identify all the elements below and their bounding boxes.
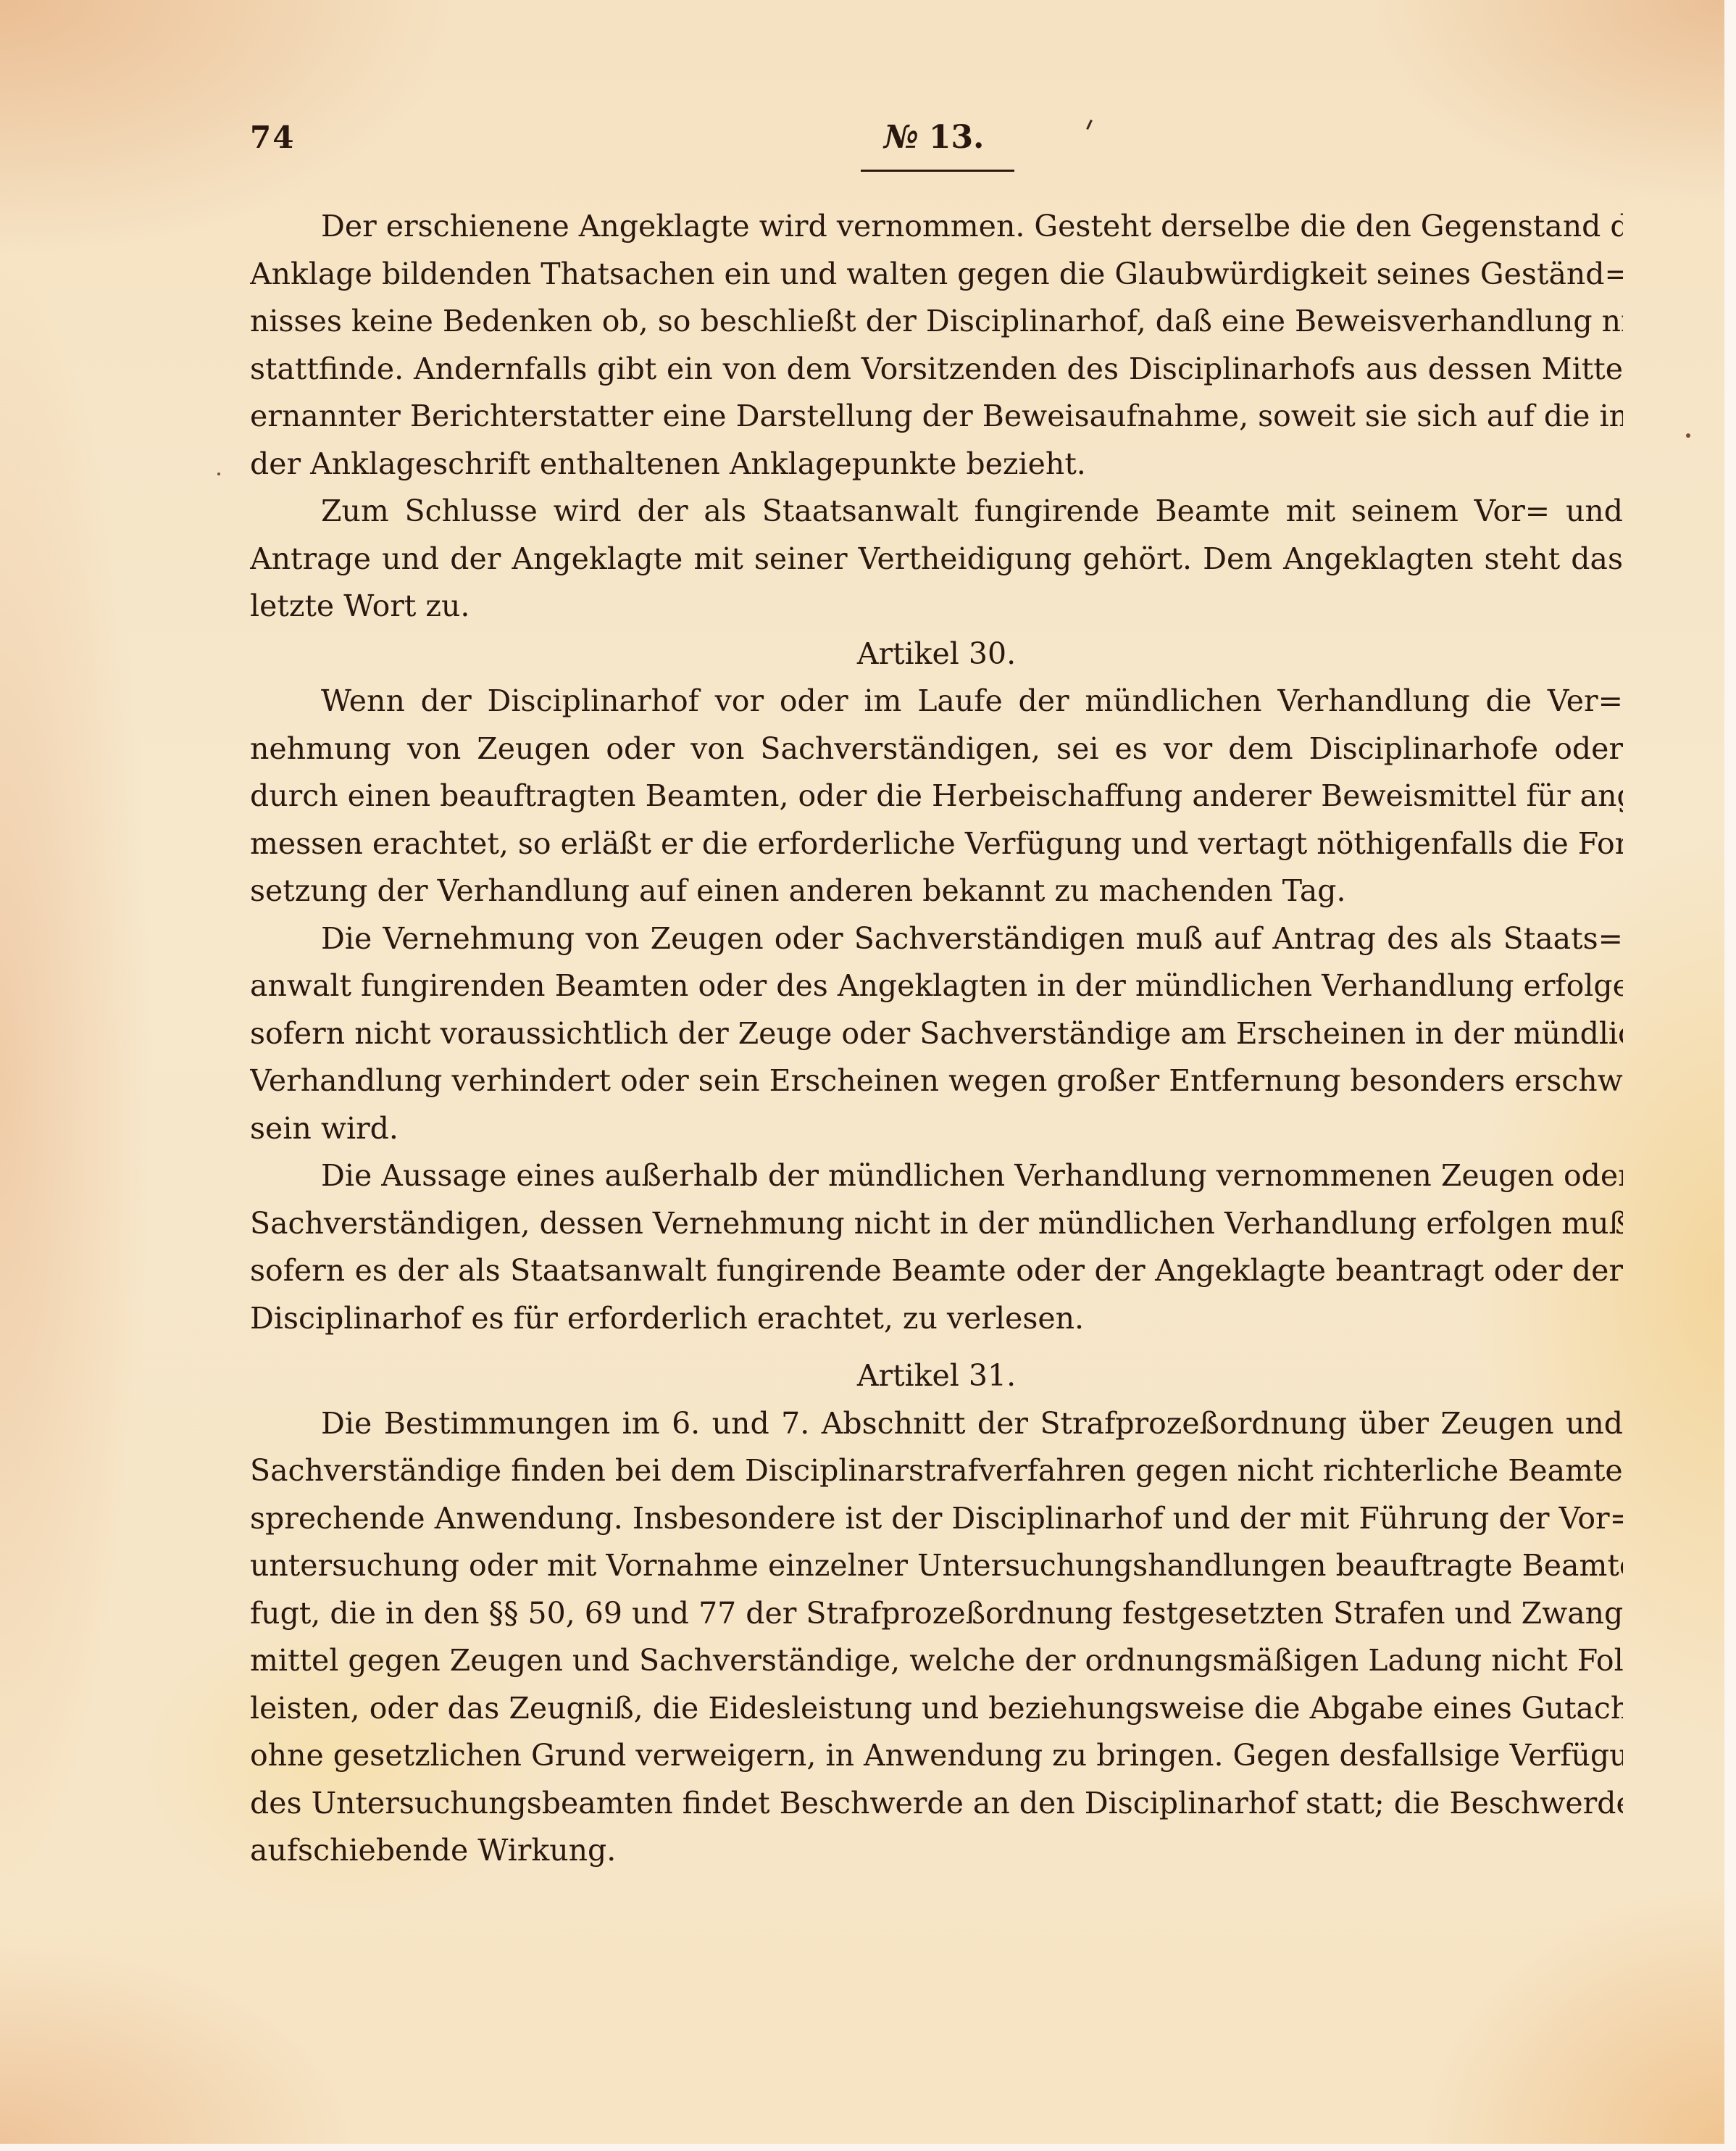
document-body: Der erschienene Angeklagte wird vernomme… [250,203,1623,1875]
issue-number-value: 13. [929,119,985,156]
text-line: des Untersuchungsbeamten findet Beschwer… [250,1780,1623,1828]
text-line: mittel gegen Zeugen und Sachverständige,… [250,1637,1623,1685]
text-line: letzte Wort zu. [250,583,1623,631]
text-line: anwalt fungirenden Beamten oder des Ange… [250,962,1623,1010]
text-line: Wenn der Disciplinarhof vor oder im Lauf… [250,678,1623,725]
numero-sign: № [884,119,919,156]
text-line: durch einen beauftragten Beamten, oder d… [250,773,1623,820]
text-line: messen erachtet, so erläßt er die erford… [250,820,1623,868]
text-line: sofern nicht voraussichtlich der Zeuge o… [250,1010,1623,1058]
margin-speck [217,473,220,475]
text-line: leisten, oder das Zeugniß, die Eidesleis… [250,1685,1623,1733]
text-line: Zum Schlusse wird der als Staatsanwalt f… [250,488,1623,536]
text-line: Die Vernehmung von Zeugen oder Sachverst… [250,915,1623,963]
text-line: sofern es der als Staatsanwalt fungirend… [250,1247,1623,1295]
text-line: Die Aussage eines außerhalb der mündlich… [250,1152,1623,1200]
paragraph: Wenn der Disciplinarhof vor oder im Lauf… [250,678,1623,915]
text-line: setzung der Verhandlung auf einen andere… [250,868,1623,915]
text-line: untersuchung oder mit Vornahme einzelner… [250,1542,1623,1590]
text-line: ernannter Berichterstatter eine Darstell… [250,393,1623,441]
text-line: Der erschienene Angeklagte wird vernomme… [250,203,1623,251]
text-line: Verhandlung verhindert oder sein Erschei… [250,1057,1623,1105]
text-line: fugt, die in den §§ 50, 69 und 77 der St… [250,1590,1623,1638]
text-line: stattfinde. Andernfalls gibt ein von dem… [250,346,1623,394]
text-line: Anklage bildenden Thatsachen ein und wal… [250,251,1623,299]
paragraph: Der erschienene Angeklagte wird vernomme… [250,203,1623,488]
article-30: Artikel 30. Wenn der Disciplinarhof vor … [250,631,1623,1343]
article-heading: Artikel 30. [250,631,1623,678]
text-line: nehmung von Zeugen oder von Sachverständ… [250,725,1623,773]
scan-margin-right [1724,0,1736,2151]
scan-margin-bottom [0,2144,1736,2151]
text-line: Die Bestimmungen im 6. und 7. Abschnitt … [250,1400,1623,1448]
text-line: der Anklageschrift enthaltenen Anklagepu… [250,441,1623,488]
paragraph: Die Bestimmungen im 6. und 7. Abschnitt … [250,1400,1623,1875]
text-line: sprechende Anwendung. Insbesondere ist d… [250,1495,1623,1543]
margin-speck [1686,433,1690,438]
article-31: Artikel 31. Die Bestimmungen im 6. und 7… [250,1352,1623,1875]
paragraph: Die Vernehmung von Zeugen oder Sachverst… [250,915,1623,1153]
page-number: 74 [250,116,295,159]
text-line: Sachverständigen, dessen Vernehmung nich… [250,1200,1623,1248]
spacer [250,1342,1623,1352]
issue-number: №13. [884,116,984,159]
text-line: ohne gesetzlichen Grund verweigern, in A… [250,1732,1623,1780]
text-line: Disciplinarhof es für erforderlich erach… [250,1295,1623,1343]
article-heading: Artikel 31. [250,1352,1623,1400]
text-line: aufschiebende Wirkung. [250,1827,1623,1875]
text-line: Sachverständige finden bei dem Disciplin… [250,1447,1623,1495]
text-line: sein wird. [250,1105,1623,1153]
paragraph: Die Aussage eines außerhalb der mündlich… [250,1152,1623,1342]
text-line: nisses keine Bedenken ob, so beschließt … [250,298,1623,346]
text-line: Antrage und der Angeklagte mit seiner Ve… [250,536,1623,583]
paragraph: Zum Schlusse wird der als Staatsanwalt f… [250,488,1623,631]
header-rule [861,170,1014,172]
